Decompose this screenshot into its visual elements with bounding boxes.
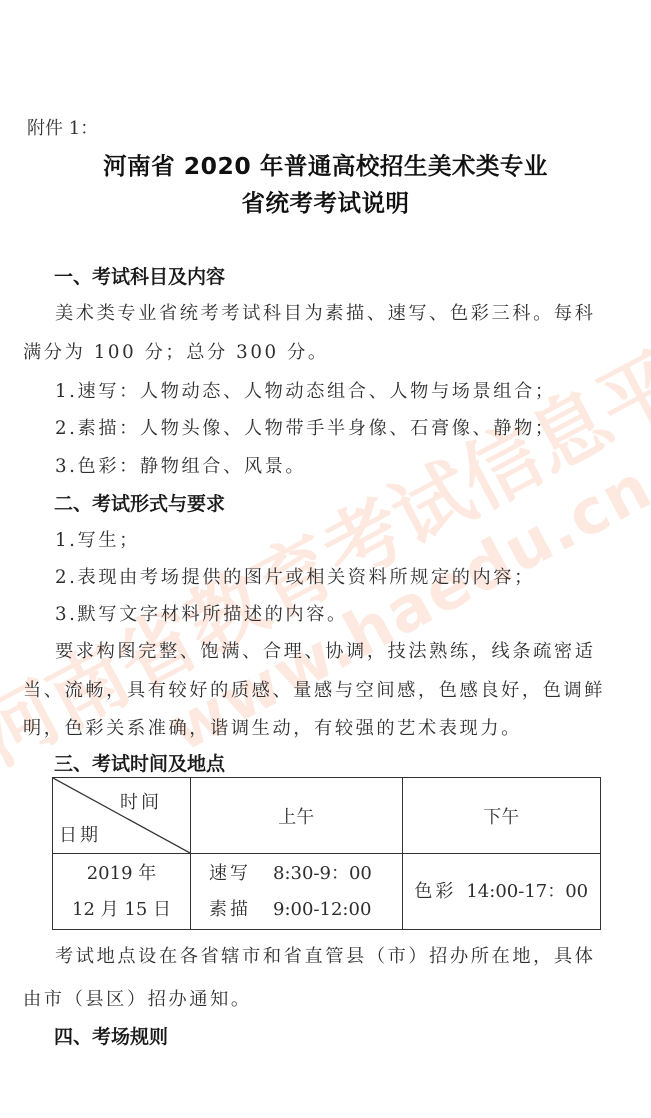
exam-schedule-table: 时间 日期 上午 下午 2019 年 12 月 15 日 速写8:30-9：00… bbox=[52, 777, 601, 930]
document-title-line2: 省统考考试说明 bbox=[0, 184, 651, 218]
section-heading-4: 四、考场规则 bbox=[54, 1022, 168, 1049]
table-header-afternoon: 下午 bbox=[402, 778, 601, 854]
date-line-2: 12 月 15 日 bbox=[53, 892, 190, 928]
list-item: 3.色彩：静物组合、风景。 bbox=[55, 452, 306, 478]
section-heading-1: 一、考试科目及内容 bbox=[54, 262, 225, 289]
date-line-1: 2019 年 bbox=[53, 856, 190, 892]
morning-session: 素描9:00-12:00 bbox=[191, 892, 401, 928]
paragraph: 美术类专业省统考考试科目为素描、速写、色彩三科。每科 bbox=[55, 299, 595, 325]
subject-name: 素描 bbox=[209, 899, 251, 920]
session-time: 8:30-9：00 bbox=[273, 863, 372, 884]
table-row: 2019 年 12 月 15 日 速写8:30-9：00 素描9:00-12:0… bbox=[53, 854, 601, 930]
list-item: 2.表现由考场提供的图片或相关资料所规定的内容； bbox=[55, 563, 535, 589]
table-header-morning: 上午 bbox=[191, 778, 402, 854]
table-header-row: 时间 日期 上午 下午 bbox=[53, 778, 601, 854]
table-cell-afternoon: 色彩14:00-17：00 bbox=[402, 854, 601, 930]
list-item: 1.速写：人物动态、人物动态组合、人物与场景组合； bbox=[55, 377, 556, 403]
attachment-label: 附件 1： bbox=[27, 114, 98, 140]
paragraph: 满分为 100 分；总分 300 分。 bbox=[23, 338, 329, 364]
table-corner-cell: 时间 日期 bbox=[53, 778, 191, 854]
afternoon-session: 色彩14:00-17：00 bbox=[403, 874, 601, 910]
paragraph: 由市（县区）招办通知。 bbox=[23, 985, 252, 1011]
session-time: 14:00-17：00 bbox=[466, 881, 588, 902]
table-cell-morning: 速写8:30-9：00 素描9:00-12:00 bbox=[191, 854, 402, 930]
paragraph: 明，色彩关系准确，谐调生动，有较强的艺术表现力。 bbox=[23, 714, 522, 740]
paragraph: 考试地点设在各省辖市和省直管县（市）招办所在地，具体 bbox=[55, 942, 595, 968]
session-time: 9:00-12:00 bbox=[273, 899, 371, 920]
subject-name: 速写 bbox=[209, 863, 251, 884]
section-heading-3: 三、考试时间及地点 bbox=[54, 749, 225, 776]
list-item: 2.素描：人物头像、人物带手半身像、石膏像、静物； bbox=[55, 414, 556, 440]
paragraph: 当、流畅，具有较好的质感、量感与空间感，色感良好，色调鲜 bbox=[23, 676, 605, 702]
corner-label-time: 时间 bbox=[120, 788, 162, 814]
corner-label-date: 日期 bbox=[59, 821, 101, 847]
table-cell-date: 2019 年 12 月 15 日 bbox=[53, 854, 191, 930]
morning-session: 速写8:30-9：00 bbox=[191, 856, 401, 892]
list-item: 1.写生； bbox=[55, 526, 140, 552]
list-item: 3.默写文字材料所描述的内容。 bbox=[55, 600, 348, 626]
document-title-line1: 河南省 2020 年普通高校招生美术类专业 bbox=[0, 147, 651, 181]
document-page: 河南省教育考试信息平台 www.haedu.cn 附件 1： 河南省 2020 … bbox=[0, 0, 651, 1118]
subject-name: 色彩 bbox=[414, 881, 456, 902]
paragraph: 要求构图完整、饱满、合理、协调，技法熟练，线条疏密适 bbox=[55, 637, 595, 663]
section-heading-2: 二、考试形式与要求 bbox=[54, 489, 225, 516]
